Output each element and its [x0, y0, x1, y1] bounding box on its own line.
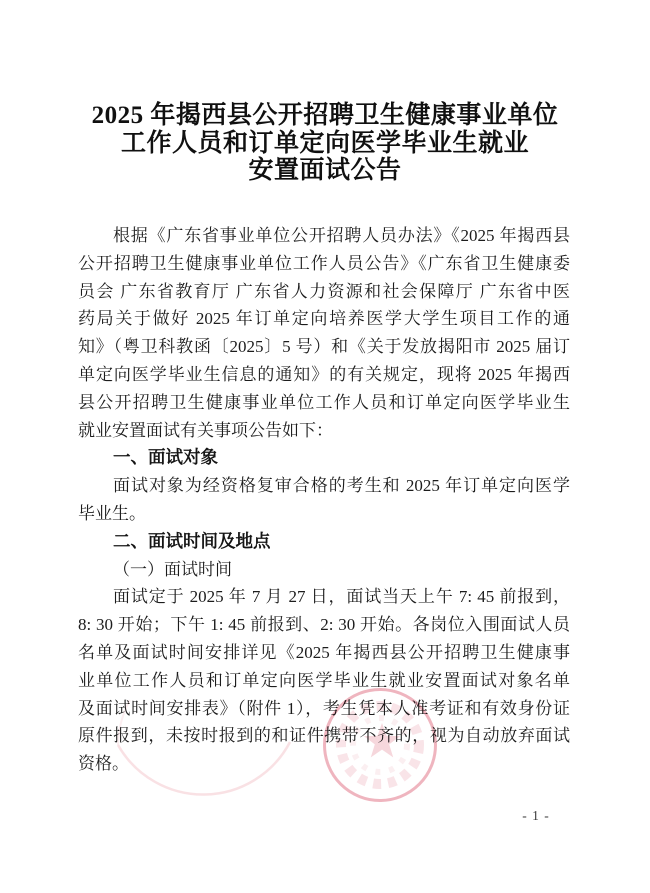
section-heading: 二、面试时间及地点: [78, 528, 570, 556]
paragraph-line: 面试定于 2025 年 7 月 27 日，面试当天上午 7: 45 前报到，: [78, 583, 570, 611]
paragraph-line: 业单位工作人员和订单定向医学毕业生就业安置面试对象名单: [78, 667, 570, 695]
title-line-3: 安置面试公告: [0, 157, 650, 185]
paragraph-line: 根据《广东省事业单位公开招聘人员办法》《2025 年揭西县: [78, 222, 570, 250]
document-body: 根据《广东省事业单位公开招聘人员办法》《2025 年揭西县公开招聘卫生健康事业单…: [78, 222, 570, 778]
paragraph-line: 名单及面试时间安排详见《2025 年揭西县公开招聘卫生健康事: [78, 639, 570, 667]
paragraph-line: 面试对象为经资格复审合格的考生和 2025 年订单定向医学: [78, 472, 570, 500]
paragraph-line: 药局关于做好 2025 年订单定向培养医学大学生项目工作的通: [78, 305, 570, 333]
paragraph-line: 8: 30 开始；下午 1: 45 前报到、2: 30 开始。各岗位入围面试人员: [78, 611, 570, 639]
paragraph-line: 原件报到，未按时报到的和证件携带不齐的，视为自动放弃面试: [78, 722, 570, 750]
page-number: - 1 -: [500, 808, 572, 824]
paragraph-line: 毕业生。: [78, 500, 570, 528]
title-line-2: 工作人员和订单定向医学毕业生就业: [0, 130, 650, 158]
document-page: 2025 年揭西县公开招聘卫生健康事业单位 工作人员和订单定向医学毕业生就业 安…: [0, 0, 650, 893]
title-line-1: 2025 年揭西县公开招聘卫生健康事业单位: [0, 102, 650, 130]
section-heading: 一、面试对象: [78, 444, 570, 472]
sub-heading: （一）面试时间: [78, 556, 570, 584]
paragraph-line: 单定向医学毕业生信息的通知》的有关规定，现将 2025 年揭西: [78, 361, 570, 389]
page-title: 2025 年揭西县公开招聘卫生健康事业单位 工作人员和订单定向医学毕业生就业 安…: [0, 102, 650, 185]
paragraph-line: 就业安置面试有关事项公告如下：: [78, 417, 570, 445]
paragraph-line: 及面试时间安排表》（附件 1），考生凭本人准考证和有效身份证: [78, 695, 570, 723]
paragraph-line: 员会 广东省教育厅 广东省人力资源和社会保障厅 广东省中医: [78, 278, 570, 306]
paragraph-line: 公开招聘卫生健康事业单位工作人员公告》《广东省卫生健康委: [78, 250, 570, 278]
paragraph-line: 县公开招聘卫生健康事业单位工作人员和订单定向医学毕业生: [78, 389, 570, 417]
paragraph-line: 知》（粤卫科教函〔2025〕5 号）和《关于发放揭阳市 2025 届订: [78, 333, 570, 361]
paragraph-line: 资格。: [78, 750, 570, 778]
